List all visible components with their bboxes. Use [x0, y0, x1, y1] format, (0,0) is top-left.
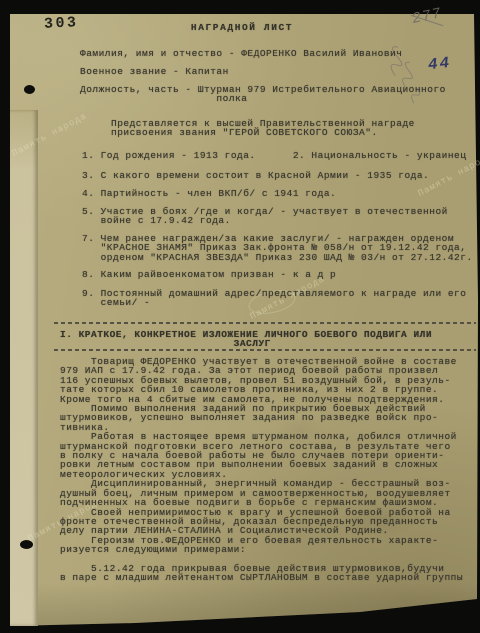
form-item-birth-nationality: 1. Год рождения - 1913 года. 2. Национал…	[82, 151, 466, 160]
body-paragraph: Работая в настоящее время штурманом полк…	[60, 432, 475, 479]
punch-hole-bottom	[20, 540, 33, 549]
document-scan: Память народа Память народа Память народ…	[0, 0, 480, 633]
body-paragraph: Героизм тов.ФЕДОРЕНКО и его боевая деяте…	[60, 536, 475, 555]
field-military-rank: Военное звание - Капитан	[80, 67, 229, 76]
section-divider-top	[54, 322, 476, 324]
award-presentation-statement: Представляется к высшей Правительственно…	[111, 119, 415, 138]
body-paragraph: 5.12.42 года прикрывая боевые действия ш…	[60, 564, 475, 583]
case-number-blue-ink: 44	[427, 54, 452, 74]
combat-merit-description: Товарищ ФЕДОРЕНКО участвует в отечествен…	[60, 357, 475, 582]
body-paragraph: Помимо выполнения заданий по прикрытию б…	[60, 404, 475, 432]
body-paragraph: Своей непримиримостью к врагу и успешной…	[60, 508, 475, 536]
form-item-party-membership: 4. Партийность - член ВКП/б/ с 1941 года…	[82, 189, 336, 198]
form-item-drafted-by: 8. Каким райвоенкоматом призван - к а д …	[82, 270, 336, 279]
form-item-army-service-since: 3. С какого времени состоит в Красной Ар…	[82, 171, 429, 180]
field-position-unit: Должность, часть - Штурман 979 Истребите…	[80, 85, 446, 104]
form-item-combat-participation: 5. Участие в боях /где и когда/ - участв…	[82, 207, 448, 226]
body-paragraph: Дисциплинированный, энергичный командир …	[60, 479, 475, 507]
punch-hole-top	[24, 85, 35, 94]
form-item-home-address: 9. Постоянный домашний адрес/представляе…	[82, 289, 466, 308]
body-paragraph: Товарищ ФЕДОРЕНКО участвует в отечествен…	[60, 357, 475, 404]
field-full-name: Фамилия, имя и отчество - ФЕДОРЕНКО Васи…	[80, 49, 402, 58]
form-item-previous-awards: 7. Чем ранее награжден/за какие заслуги/…	[82, 234, 473, 262]
section-divider-bottom	[54, 349, 476, 351]
document-title: НАГРАДНОЙ ЛИСТ	[10, 23, 474, 32]
section-heading: I. КРАТКОЕ, КОНКРЕТНОЕ ИЗЛОЖЕНИЕ ЛИЧНОГО…	[60, 330, 432, 349]
